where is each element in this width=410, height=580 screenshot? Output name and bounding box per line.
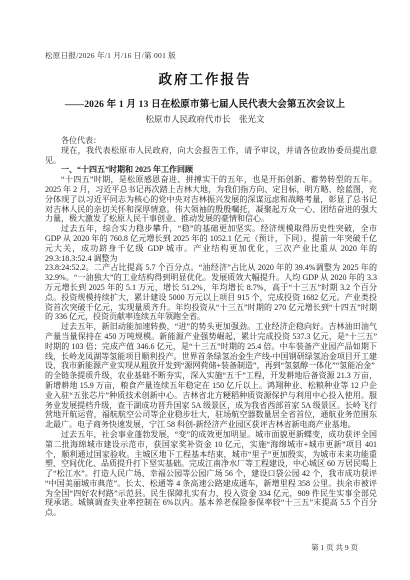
newspaper-masthead: 松原日报/2026 年/1 月/16 日/第 001 版 xyxy=(45,50,176,61)
paragraph-line: 过去五年，新旧动能加速转换，“进”的势头更加强劲。工业经济企稳向好。吉林油田油气… xyxy=(45,322,377,371)
paragraph-line: 的全链条提质升级，农业基础不断夯实，深入实施“五千”工程，开发耕地后备资源 21… xyxy=(45,371,377,430)
paragraph-line: 各位代表： xyxy=(45,136,377,146)
paragraph-line: “十四五”时期，是松原感恩奋进、拼搏实干的五年，也是开拓创新、蓄势转型的五年。2… xyxy=(45,175,377,224)
paragraph-line: 过去五年，综合实力稳步攀升，“稳”的基础更加坚实。经济规模取得历史性突破，全市 … xyxy=(45,224,377,263)
report-body: 各位代表：现在，我代表松原市人民政府，向大会报告工作，请予审议，并请各位政协委员… xyxy=(45,136,377,518)
page-number: 第 1 页 共 9 页 xyxy=(311,542,358,553)
paragraph-line: 现在，我代表松原市人民政府，向大会报告工作，请予审议，并请各位政协委员提出意见。 xyxy=(45,146,377,166)
paragraph-line: 过去五年，社会事业蓬勃发展，“变”的成效更加明显。城市面貌更新蝶变，成功获评全国… xyxy=(45,430,377,518)
report-page: 松原日报/2026 年/1 月/16 日/第 001 版 政府工作报告 ——20… xyxy=(0,0,410,580)
presenter-line: 松原市人民政府代市长 张光文 xyxy=(0,113,410,125)
document-viewport: { "page": { "masthead": "松原日报/2026 年/1 月… xyxy=(0,0,410,580)
report-title: 政府工作报告 xyxy=(0,68,410,88)
report-subtitle: ——2026 年 1 月 13 日在松原市第七届人民代表大会第五次会议上 xyxy=(0,96,410,110)
paragraph-line: 一、“十四五”时期和 2025 年工作回顾 xyxy=(45,165,377,175)
paragraph-line: 23.8:24:52.2。二产占比提高 5.7 个百分点。“油经济”占比从 20… xyxy=(45,263,377,322)
